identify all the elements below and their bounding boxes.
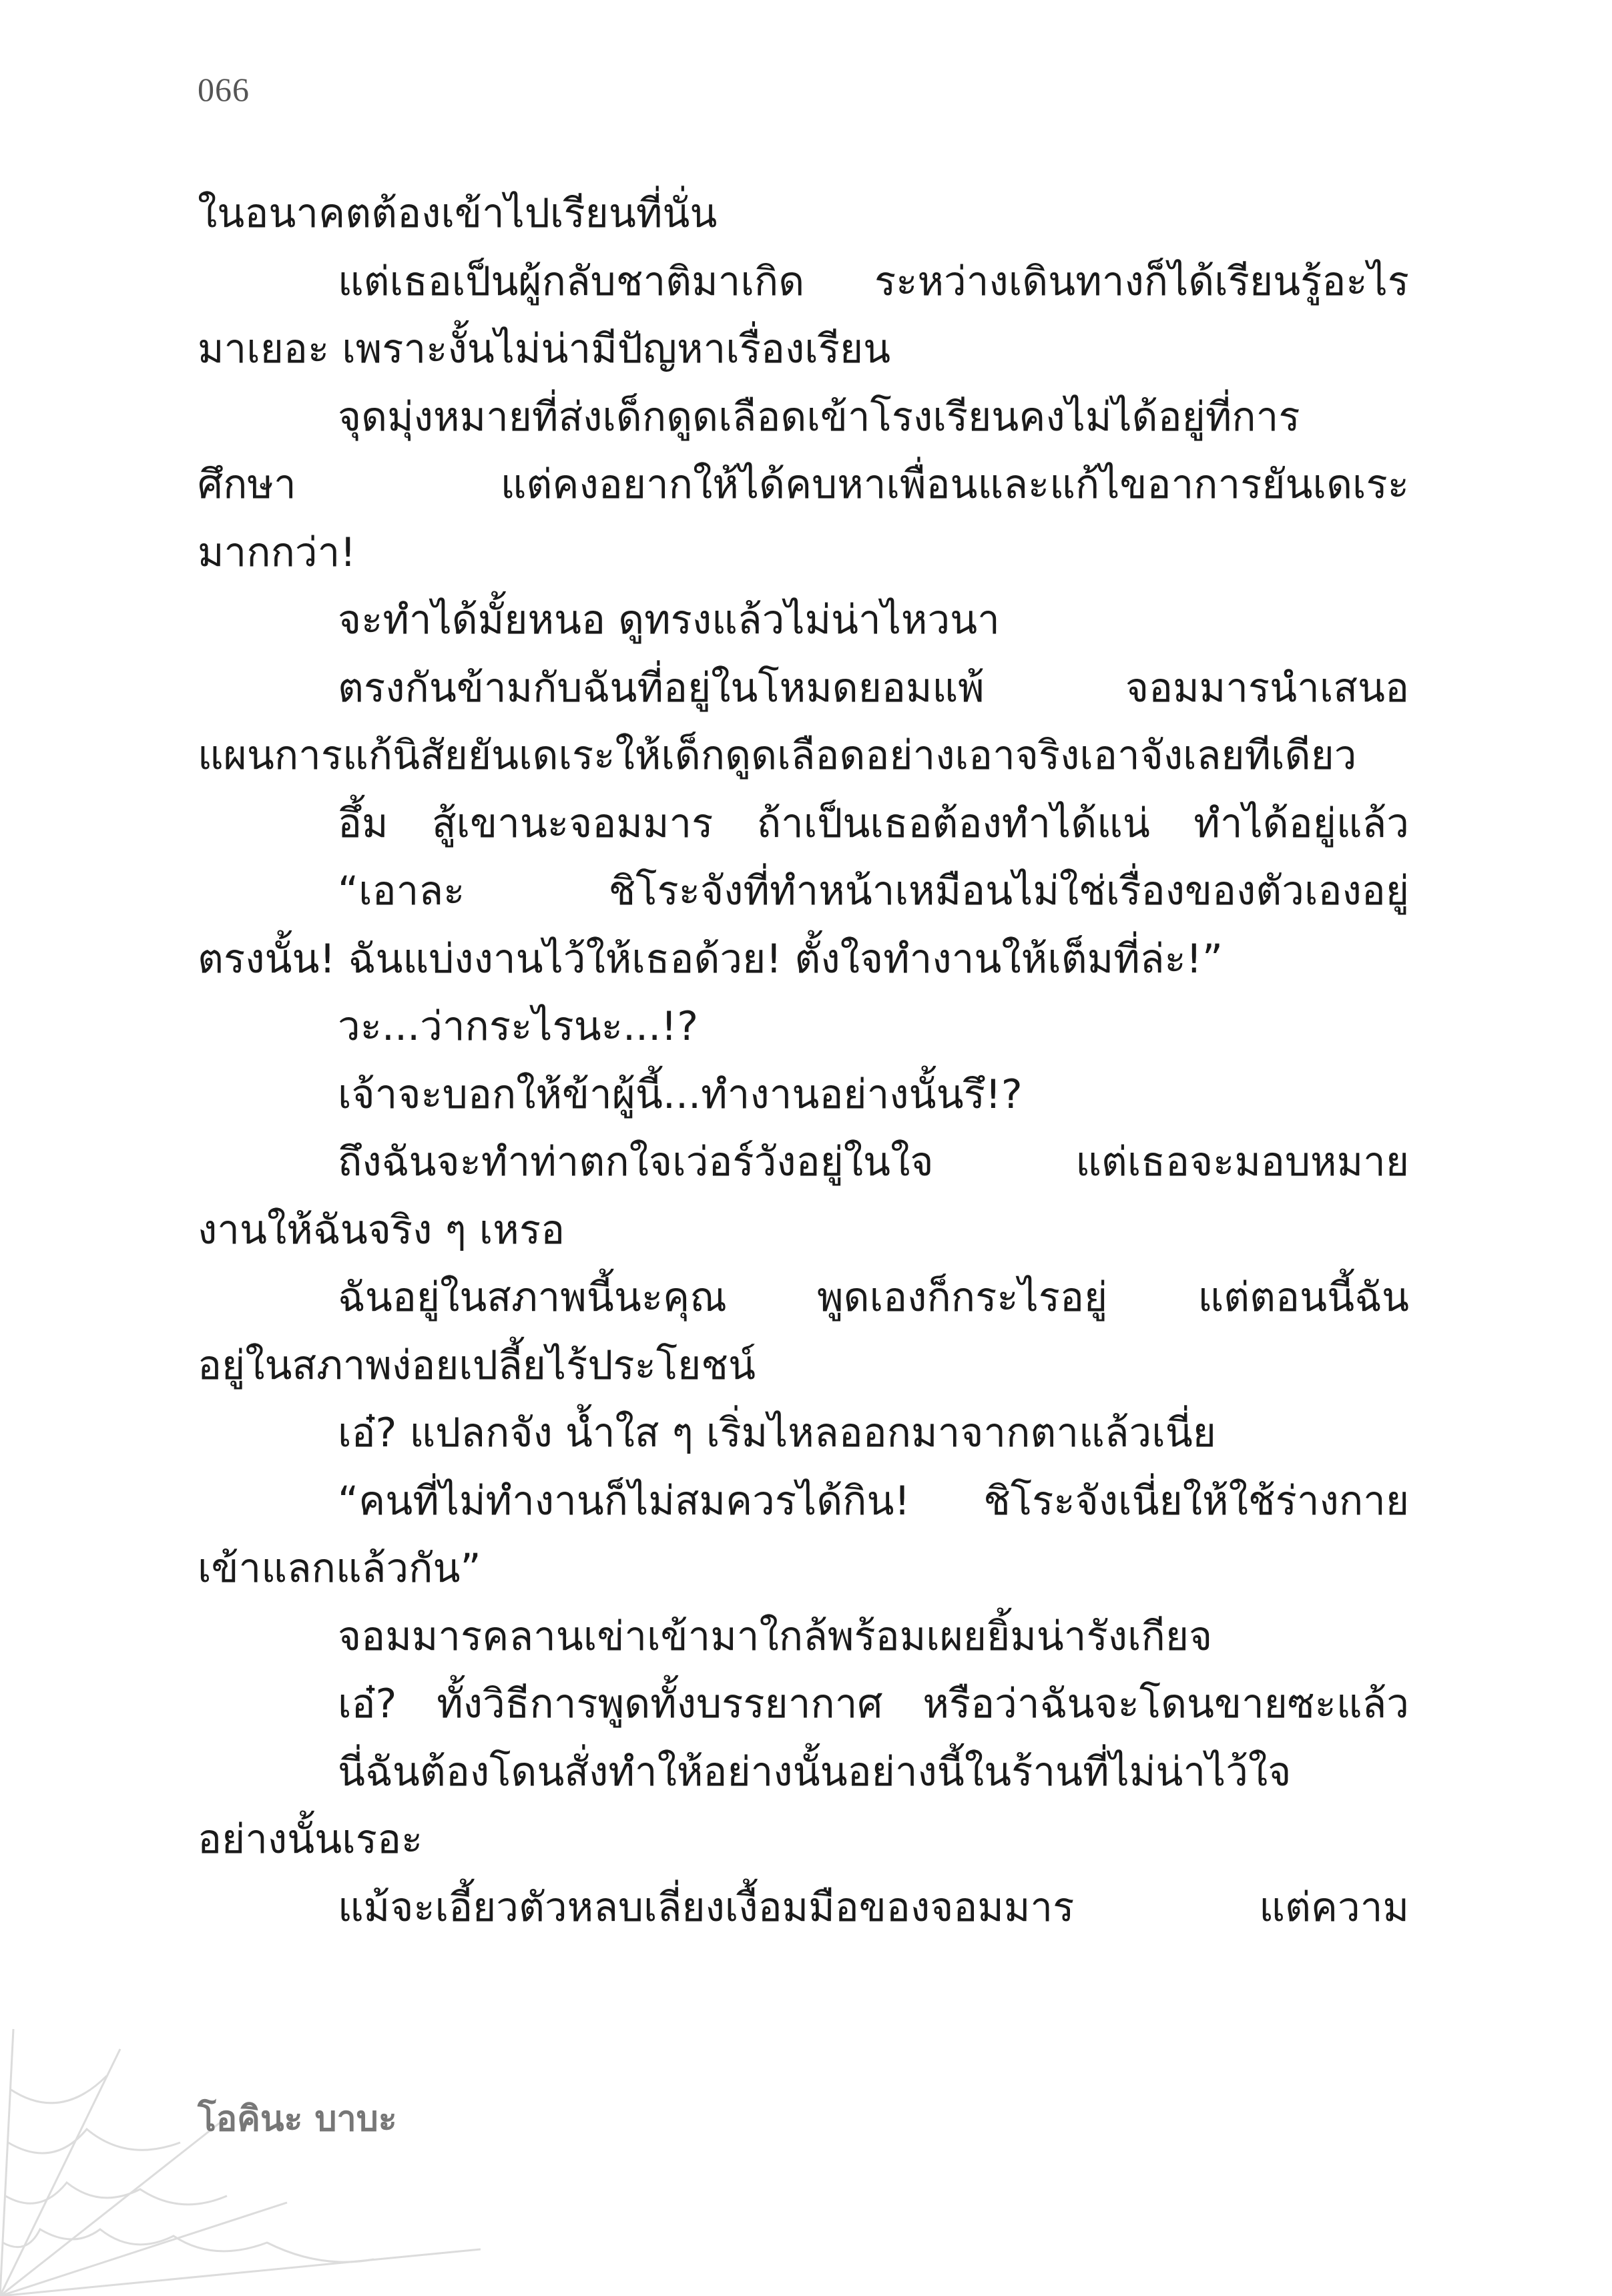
text-line: จุดมุ่งหมายที่ส่งเด็กดูดเลือดเข้าโรงเรีย… [198, 384, 1409, 452]
text-line: อย่างนั้นเรอะ [198, 1806, 1409, 1874]
page-number: 066 [198, 70, 250, 109]
text-line: ถึงฉันจะทำท่าตกใจเว่อร์วังอยู่ในใจ แต่เธ… [198, 1129, 1409, 1197]
text-line: มาเยอะ เพราะงั้นไม่น่ามีปัญหาเรื่องเรียน [198, 316, 1409, 384]
text-line: “เอาละ ชิโระจังที่ทำหน้าเหมือนไม่ใช่เรื่… [198, 858, 1409, 926]
text-line: เจ้าจะบอกให้ข้าผู้นี้...ทำงานอย่างนั้นรึ… [198, 1061, 1409, 1129]
text-line: อึ้ม สู้เขานะจอมมาร ถ้าเป็นเธอต้องทำได้แ… [198, 790, 1409, 858]
text-line: เข้าแลกแล้วกัน” [198, 1535, 1409, 1603]
body-text: ในอนาคตต้องเข้าไปเรียนที่นั่นแต่เธอเป็นผ… [198, 180, 1409, 1942]
text-line: เอ๋? แปลกจัง น้ำใส ๆ เริ่มไหลออกมาจากตาแ… [198, 1400, 1409, 1468]
text-line: ตรงนั้น! ฉันแบ่งงานไว้ให้เธอด้วย! ตั้งใจ… [198, 926, 1409, 994]
text-line: งานให้ฉันจริง ๆ เหรอ [198, 1197, 1409, 1265]
text-line: มากกว่า! [198, 519, 1409, 587]
text-line: นี่ฉันต้องโดนสั่งทำให้อย่างนั้นอย่างนี้ใ… [198, 1739, 1409, 1807]
spiderweb-decoration [0, 2029, 481, 2296]
text-line: แม้จะเอี้ยวตัวหลบเลี่ยงเงื้อมมือของจอมมา… [198, 1874, 1409, 1942]
text-line: แต่เธอเป็นผู้กลับชาติมาเกิด ระหว่างเดินท… [198, 248, 1409, 316]
text-line: อยู่ในสภาพง่อยเปลี้ยไร้ประโยชน์ [198, 1332, 1409, 1400]
text-line: ฉันอยู่ในสภาพนี้นะคุณ พูดเองก็กระไรอยู่ … [198, 1264, 1409, 1332]
text-line: ตรงกันข้ามกับฉันที่อยู่ในโหมดยอมแพ้ จอมม… [198, 655, 1409, 723]
text-line: แผนการแก้นิสัยยันเดเระให้เด็กดูดเลือดอย่… [198, 722, 1409, 790]
text-line: วะ...ว่ากระไรนะ...!? [198, 993, 1409, 1061]
text-line: จอมมารคลานเข่าเข้ามาใกล้พร้อมเผยยิ้มน่าร… [198, 1603, 1409, 1671]
text-line: ในอนาคตต้องเข้าไปเรียนที่นั่น [198, 180, 1409, 248]
author-footer: โอคินะ บาบะ [198, 2090, 397, 2146]
text-line: จะทำได้มั้ยหนอ ดูทรงแล้วไม่น่าไหวนา [198, 587, 1409, 655]
text-line: “คนที่ไม่ทำงานก็ไม่สมควรได้กิน! ชิโระจัง… [198, 1468, 1409, 1536]
text-line: ศึกษา แต่คงอยากให้ได้คบหาเพื่อนและแก้ไขอ… [198, 451, 1409, 519]
text-line: เอ๋? ทั้งวิธีการพูดทั้งบรรยากาศ หรือว่าฉ… [198, 1671, 1409, 1739]
